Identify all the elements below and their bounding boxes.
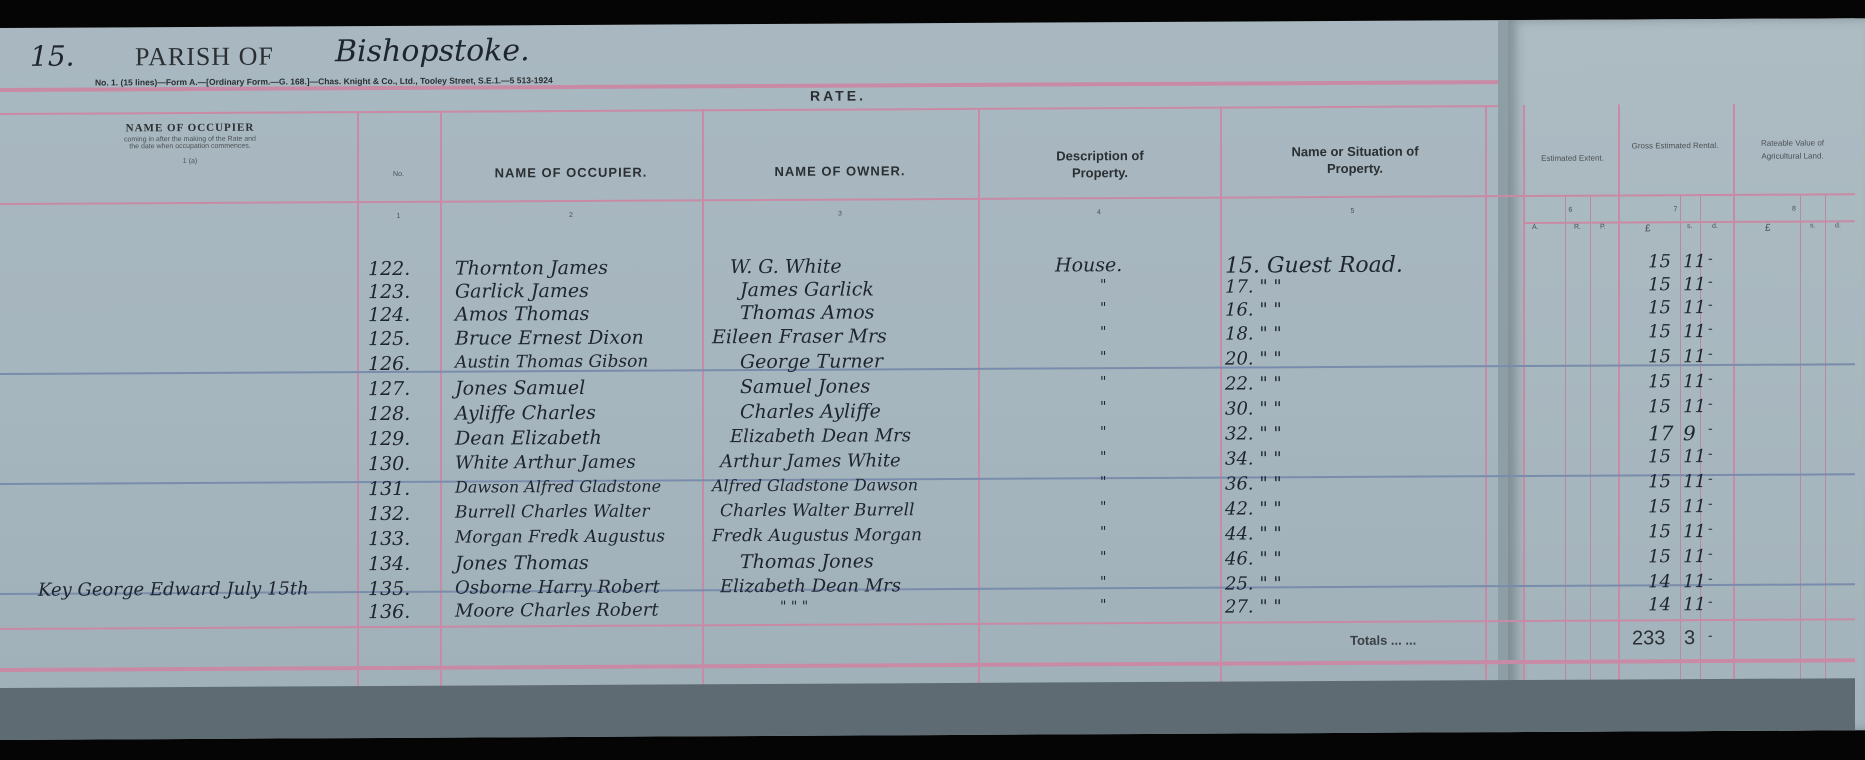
col-divider	[1220, 107, 1222, 727]
property-situation: 34. " "	[1225, 448, 1282, 469]
col1a-header: NAME OF OCCUPIER coming in after the mak…	[40, 121, 340, 166]
entry-number: 132.	[368, 503, 410, 525]
right-page-leaf	[1498, 18, 1865, 732]
property-description: "	[1100, 374, 1106, 390]
rental-shillings: 11	[1683, 496, 1706, 517]
entry-number: 127.	[368, 378, 410, 400]
occupier-name: Osborne Harry Robert	[455, 577, 660, 599]
property-situation: 15. Guest Road.	[1225, 253, 1403, 279]
property-description: "	[1100, 574, 1106, 590]
property-situation: 20. " "	[1225, 348, 1282, 369]
owner-name: James Garlick	[740, 278, 874, 301]
col1-title: No.	[357, 171, 440, 178]
rental-pence: -	[1708, 546, 1713, 562]
col-divider	[1680, 194, 1681, 724]
owner-name: Charles Walter Burrell	[720, 500, 914, 521]
col8-pounds: £	[1765, 223, 1771, 234]
col7-pounds: £	[1645, 223, 1651, 234]
col2-title: NAME OF OCCUPIER.	[440, 164, 702, 180]
totals-pounds: 233	[1632, 627, 1665, 650]
entry-number: 124.	[368, 304, 410, 326]
totals-shillings: 3	[1684, 627, 1695, 650]
col3-title: NAME OF OWNER.	[702, 163, 978, 179]
col-divider	[1565, 195, 1566, 725]
col-divider	[1618, 105, 1620, 725]
entry-number: 131.	[368, 478, 410, 500]
rental-pence: -	[1708, 297, 1713, 313]
entry-number: 128.	[368, 403, 410, 425]
rental-pence: -	[1708, 471, 1713, 487]
rental-pounds: 14	[1648, 571, 1671, 592]
col-divider	[1523, 105, 1525, 725]
occupier-name: White Arthur James	[455, 452, 636, 474]
owner-name: Fredk Augustus Morgan	[712, 525, 922, 546]
property-description: "	[1100, 449, 1106, 465]
col-divider	[1485, 105, 1487, 725]
rental-pounds: 15	[1648, 471, 1671, 492]
property-description: "	[1100, 324, 1106, 340]
rental-shillings: 11	[1683, 321, 1706, 342]
owner-name: W. G. White	[730, 256, 842, 279]
rental-shillings: 11	[1683, 546, 1706, 567]
occupier-name: Jones Thomas	[455, 552, 589, 575]
col6-perches: P.	[1600, 224, 1606, 231]
col-divider	[440, 111, 442, 731]
property-description: "	[1100, 349, 1106, 365]
property-description: "	[1100, 399, 1106, 415]
rental-shillings: 11	[1683, 346, 1706, 367]
parish-name: Bishopstoke.	[335, 33, 530, 69]
owner-name: Arthur James White	[720, 450, 901, 472]
rental-pence: -	[1708, 346, 1713, 362]
page-edge	[0, 678, 1855, 740]
col-divider	[702, 109, 704, 729]
property-situation: 30. " "	[1225, 398, 1282, 419]
col8-num: 8	[1733, 205, 1855, 213]
col-divider	[1590, 195, 1591, 725]
rental-pounds: 15	[1648, 251, 1671, 272]
col3-num: 3	[702, 210, 978, 218]
col1a-num: 1 (a)	[40, 157, 340, 166]
rental-pounds: 15	[1648, 371, 1671, 392]
rental-pounds: 15	[1648, 321, 1671, 342]
col1-num: 1	[357, 213, 440, 220]
totals-label: Totals ... ...	[1350, 633, 1416, 648]
rental-pence: -	[1708, 274, 1713, 290]
property-situation: 46. " "	[1225, 548, 1282, 569]
rental-pence: -	[1708, 446, 1713, 462]
rate-book-page: 15. PARISH OF Bishopstoke. No. 1. (15 li…	[0, 18, 1855, 740]
col5-num: 5	[1220, 207, 1485, 215]
col-divider	[978, 108, 980, 728]
rental-pounds: 15	[1648, 274, 1671, 295]
entry-number: 134.	[368, 553, 410, 575]
rental-pounds: 15	[1648, 496, 1671, 517]
property-description: "	[1100, 597, 1106, 613]
rental-pounds: 15	[1648, 546, 1671, 567]
occupier-name: Garlick James	[455, 280, 589, 303]
col1a-title: NAME OF OCCUPIER	[40, 121, 340, 135]
entry-number: 136.	[368, 601, 410, 623]
entry-number: 130.	[368, 453, 410, 475]
col-divider	[357, 111, 359, 731]
entry-number: 126.	[368, 353, 410, 375]
property-situation: 44. " "	[1225, 523, 1282, 544]
col6-roods: R.	[1574, 224, 1581, 231]
rental-shillings: 11	[1683, 471, 1706, 492]
owner-name: Samuel Jones	[740, 375, 870, 398]
entry-number: 123.	[368, 281, 410, 303]
col6-num: 6	[1523, 207, 1618, 214]
rental-shillings: 11	[1683, 371, 1706, 392]
col1a-subtitle: coming in after the making of the Rate a…	[120, 136, 260, 151]
col8-pence: d.	[1835, 222, 1841, 229]
entry-number: 133.	[368, 528, 410, 550]
occupier-name: Burrell Charles Walter	[455, 502, 649, 523]
rental-shillings: 11	[1683, 521, 1706, 542]
property-situation: 32. " "	[1225, 423, 1282, 444]
property-situation: 42. " "	[1225, 498, 1282, 519]
property-situation: 25. " "	[1225, 573, 1282, 594]
rental-shillings: 11	[1683, 446, 1706, 467]
owner-name: Eileen Fraser Mrs	[712, 325, 887, 348]
entry-number: 122.	[368, 258, 410, 280]
property-situation: 27. " "	[1225, 596, 1282, 617]
col6-title: Estimated Extent.	[1540, 150, 1605, 168]
rental-shillings: 11	[1683, 571, 1706, 592]
col8-shillings: s.	[1810, 222, 1815, 229]
rental-pounds: 14	[1648, 594, 1671, 615]
property-description: "	[1100, 474, 1106, 490]
property-description: House.	[1055, 254, 1122, 276]
col5-title: Name or Situation of Property.	[1265, 142, 1445, 177]
rental-pence: -	[1708, 371, 1713, 387]
col2-num: 2	[440, 211, 702, 219]
rental-pounds: 15	[1648, 446, 1671, 467]
rental-pence: -	[1708, 251, 1713, 267]
occupier-name: Dawson Alfred Gladstone	[455, 477, 661, 497]
rental-pounds: 15	[1648, 396, 1671, 417]
owner-name: Thomas Jones	[740, 550, 874, 573]
rental-shillings: 11	[1683, 396, 1706, 417]
col7-title: Gross Estimated Rental.	[1630, 137, 1720, 155]
owner-name: George Turner	[740, 350, 883, 373]
occupier-name: Morgan Fredk Augustus	[455, 527, 665, 548]
rental-pence: -	[1708, 396, 1713, 412]
col6-acres: A.	[1532, 224, 1539, 231]
incoming-occupier: Key George Edward July 15th	[38, 578, 309, 600]
col8-title: Rateable Value of Agricultural Land.	[1745, 136, 1840, 162]
rental-pence: -	[1708, 594, 1713, 610]
col-divider	[1800, 194, 1801, 724]
property-situation: 17. " "	[1225, 276, 1282, 297]
property-situation: 36. " "	[1225, 473, 1282, 494]
col-divider	[1825, 193, 1826, 723]
page-number: 15.	[30, 40, 75, 73]
property-description: "	[1100, 300, 1106, 316]
entry-number: 135.	[368, 578, 410, 600]
col4-num: 4	[978, 209, 1220, 217]
property-description: "	[1100, 499, 1106, 515]
property-situation: 16. " "	[1225, 299, 1282, 320]
owner-name: Alfred Gladstone Dawson	[712, 475, 918, 495]
rate-label: RATE.	[810, 87, 866, 103]
entry-number: 129.	[368, 428, 410, 450]
occupier-name: Austin Thomas Gibson	[455, 352, 648, 373]
col-divider	[1733, 104, 1735, 724]
occupier-name: Bruce Ernest Dixon	[455, 327, 644, 350]
property-situation: 18. " "	[1225, 323, 1282, 344]
property-description: "	[1100, 424, 1106, 440]
occupier-name: Ayliffe Charles	[455, 402, 596, 425]
occupier-name: Dean Elizabeth	[455, 427, 602, 450]
parish-label: PARISH OF	[135, 42, 274, 73]
rental-shillings: 11	[1683, 297, 1706, 318]
rental-pence: -	[1708, 521, 1713, 537]
rental-pence: -	[1708, 571, 1713, 587]
owner-name: Thomas Amos	[740, 301, 874, 324]
owner-name: " " "	[780, 599, 808, 615]
rental-pounds: 15	[1648, 297, 1671, 318]
property-situation: 22. " "	[1225, 373, 1282, 394]
occupier-name: Jones Samuel	[455, 377, 585, 400]
owner-name: Charles Ayliffe	[740, 400, 881, 423]
rental-shillings: 9	[1683, 421, 1696, 445]
occupier-name: Moore Charles Robert	[455, 600, 659, 622]
rental-shillings: 11	[1683, 274, 1706, 295]
col7-pence: d.	[1712, 223, 1718, 230]
col4-title: Description of Property.	[1030, 147, 1170, 182]
rental-pence: -	[1708, 321, 1713, 337]
property-description: "	[1100, 549, 1106, 565]
rental-shillings: 11	[1683, 594, 1706, 615]
occupier-name: Thornton James	[455, 257, 608, 280]
rental-pounds: 15	[1648, 521, 1671, 542]
entry-number: 125.	[368, 328, 410, 350]
col7-shillings: s.	[1687, 223, 1692, 230]
property-description: "	[1100, 277, 1106, 293]
rental-pounds: 15	[1648, 346, 1671, 367]
property-description: "	[1100, 524, 1106, 540]
rental-pounds: 17	[1648, 421, 1673, 445]
rental-shillings: 11	[1683, 251, 1706, 272]
totals-pence: -	[1708, 627, 1713, 643]
rental-pence: -	[1708, 421, 1713, 437]
col7-num: 7	[1618, 206, 1733, 214]
occupier-name: Amos Thomas	[455, 303, 589, 326]
rental-pence: -	[1708, 496, 1713, 512]
owner-name: Elizabeth Dean Mrs	[730, 425, 911, 447]
owner-name: Elizabeth Dean Mrs	[720, 575, 901, 597]
